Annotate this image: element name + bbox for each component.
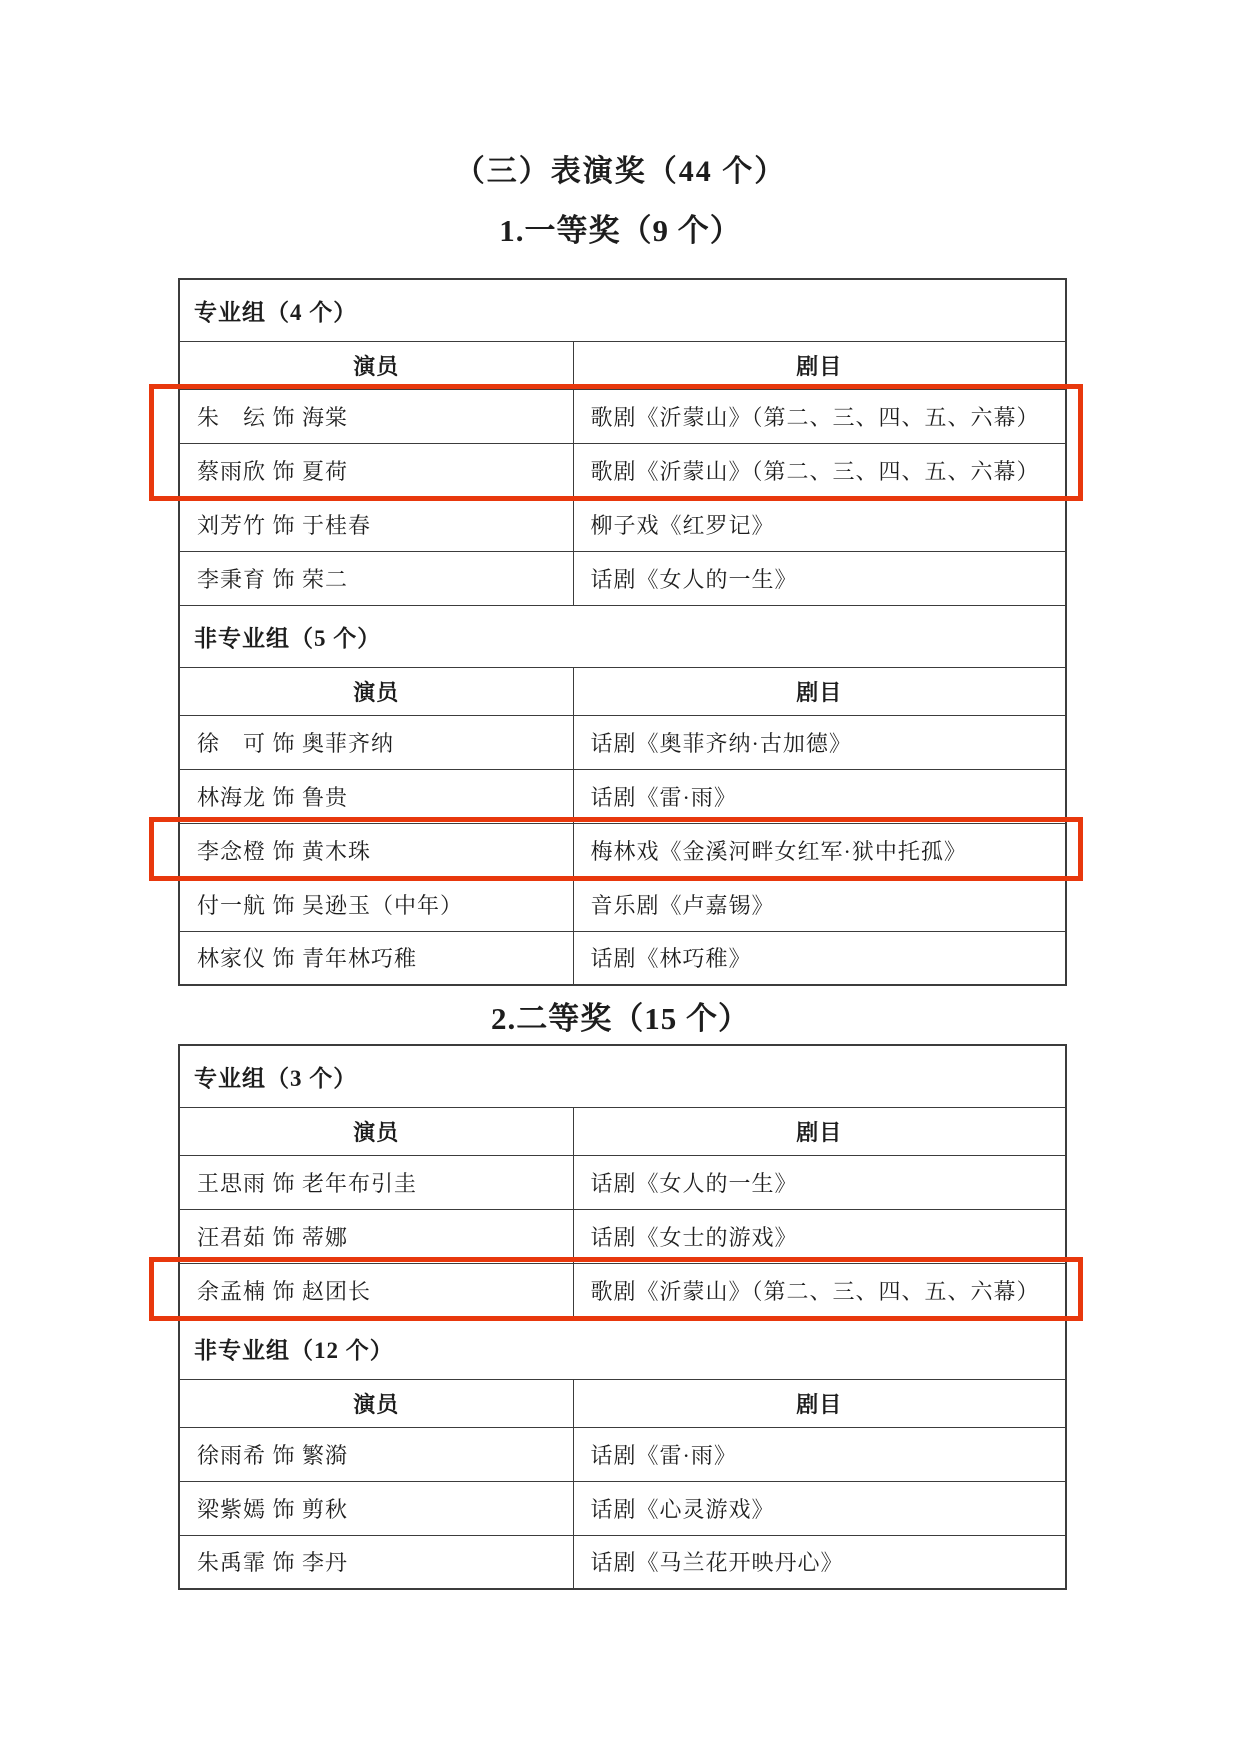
actor-cell: 徐 可 饰 奥菲齐纳 [179,715,573,769]
table-row: 林海龙 饰 鲁贵 话剧《雷·雨》 [179,769,1066,823]
table-row: 蔡雨欣 饰 夏荷 歌剧《沂蒙山》（第二、三、四、五、六幕） [179,443,1066,497]
play-cell: 话剧《女人的一生》 [573,551,1066,605]
play-cell: 歌剧《沂蒙山》（第二、三、四、五、六幕） [573,443,1066,497]
section-heading-second-prize: 2.二等奖（15 个） [0,993,1241,1038]
table-row: 王思雨 饰 老年布引圭 话剧《女人的一生》 [179,1155,1066,1209]
table-row: 徐 可 饰 奥菲齐纳 话剧《奥菲齐纳·古加德》 [179,715,1066,769]
actor-cell: 林海龙 饰 鲁贵 [179,769,573,823]
table-row: 朱禹霏 饰 李丹 话剧《马兰花开映丹心》 [179,1535,1066,1589]
actor-cell: 余孟楠 饰 赵团长 [179,1263,573,1317]
play-cell: 话剧《雷·雨》 [573,1427,1066,1481]
table-row: 李秉育 饰 荣二 话剧《女人的一生》 [179,551,1066,605]
actor-cell: 梁紫嫣 饰 剪秋 [179,1481,573,1535]
actor-cell: 李念橙 饰 黄木珠 [179,823,573,877]
column-header-row: 演员 剧目 [179,1379,1066,1427]
actor-cell: 朱禹霏 饰 李丹 [179,1535,573,1589]
table-row: 林家仪 饰 青年林巧稚 话剧《林巧稚》 [179,931,1066,985]
group-header-row: 非专业组（12 个） [179,1317,1066,1379]
group-header-row: 专业组（4 个） [179,279,1066,341]
play-cell: 话剧《心灵游戏》 [573,1481,1066,1535]
awards-table-second-prize: 专业组（3 个） 演员 剧目 王思雨 饰 老年布引圭 话剧《女人的一生》 汪君茹… [178,1044,1067,1590]
play-cell: 话剧《奥菲齐纳·古加德》 [573,715,1066,769]
column-header-play: 剧目 [573,1107,1066,1155]
play-cell: 话剧《林巧稚》 [573,931,1066,985]
actor-cell: 王思雨 饰 老年布引圭 [179,1155,573,1209]
actor-cell: 蔡雨欣 饰 夏荷 [179,443,573,497]
section-heading-first-prize: 1.一等奖（9 个） [0,205,1241,250]
actor-cell: 李秉育 饰 荣二 [179,551,573,605]
group-header-label: 非专业组（5 个） [179,605,1066,667]
play-cell: 音乐剧《卢嘉锡》 [573,877,1066,931]
play-cell: 话剧《马兰花开映丹心》 [573,1535,1066,1589]
table-row: 徐雨希 饰 繁漪 话剧《雷·雨》 [179,1427,1066,1481]
actor-cell: 汪君茹 饰 蒂娜 [179,1209,573,1263]
group-header-label: 非专业组（12 个） [179,1317,1066,1379]
column-header-actor: 演员 [179,1107,573,1155]
actor-cell: 徐雨希 饰 繁漪 [179,1427,573,1481]
table-row: 梁紫嫣 饰 剪秋 话剧《心灵游戏》 [179,1481,1066,1535]
actor-cell: 付一航 饰 吴逊玉（中年） [179,877,573,931]
column-header-row: 演员 剧目 [179,667,1066,715]
play-cell: 话剧《女人的一生》 [573,1155,1066,1209]
column-header-actor: 演员 [179,667,573,715]
group-header-row: 非专业组（5 个） [179,605,1066,667]
actor-cell: 刘芳竹 饰 于桂春 [179,497,573,551]
play-cell: 歌剧《沂蒙山》（第二、三、四、五、六幕） [573,389,1066,443]
play-cell: 歌剧《沂蒙山》（第二、三、四、五、六幕） [573,1263,1066,1317]
table-row: 刘芳竹 饰 于桂春 柳子戏《红罗记》 [179,497,1066,551]
play-cell: 话剧《女士的游戏》 [573,1209,1066,1263]
column-header-row: 演员 剧目 [179,341,1066,389]
play-cell: 梅林戏《金溪河畔女红军·狱中托孤》 [573,823,1066,877]
column-header-actor: 演员 [179,341,573,389]
group-header-label: 专业组（3 个） [179,1045,1066,1107]
actor-cell: 朱 纭 饰 海棠 [179,389,573,443]
play-cell: 话剧《雷·雨》 [573,769,1066,823]
table-row: 余孟楠 饰 赵团长 歌剧《沂蒙山》（第二、三、四、五、六幕） [179,1263,1066,1317]
play-cell: 柳子戏《红罗记》 [573,497,1066,551]
document-page: （三）表演奖（44 个） 1.一等奖（9 个） 专业组（4 个） 演员 剧目 朱… [0,0,1241,1754]
column-header-play: 剧目 [573,667,1066,715]
awards-table-first-prize: 专业组（4 个） 演员 剧目 朱 纭 饰 海棠 歌剧《沂蒙山》（第二、三、四、五… [178,278,1067,986]
table-row: 付一航 饰 吴逊玉（中年） 音乐剧《卢嘉锡》 [179,877,1066,931]
group-header-row: 专业组（3 个） [179,1045,1066,1107]
column-header-play: 剧目 [573,341,1066,389]
table-row: 朱 纭 饰 海棠 歌剧《沂蒙山》（第二、三、四、五、六幕） [179,389,1066,443]
group-header-label: 专业组（4 个） [179,279,1066,341]
column-header-row: 演员 剧目 [179,1107,1066,1155]
actor-cell: 林家仪 饰 青年林巧稚 [179,931,573,985]
column-header-actor: 演员 [179,1379,573,1427]
page-title: （三）表演奖（44 个） [0,146,1241,190]
table-row: 李念橙 饰 黄木珠 梅林戏《金溪河畔女红军·狱中托孤》 [179,823,1066,877]
table-row: 汪君茹 饰 蒂娜 话剧《女士的游戏》 [179,1209,1066,1263]
column-header-play: 剧目 [573,1379,1066,1427]
